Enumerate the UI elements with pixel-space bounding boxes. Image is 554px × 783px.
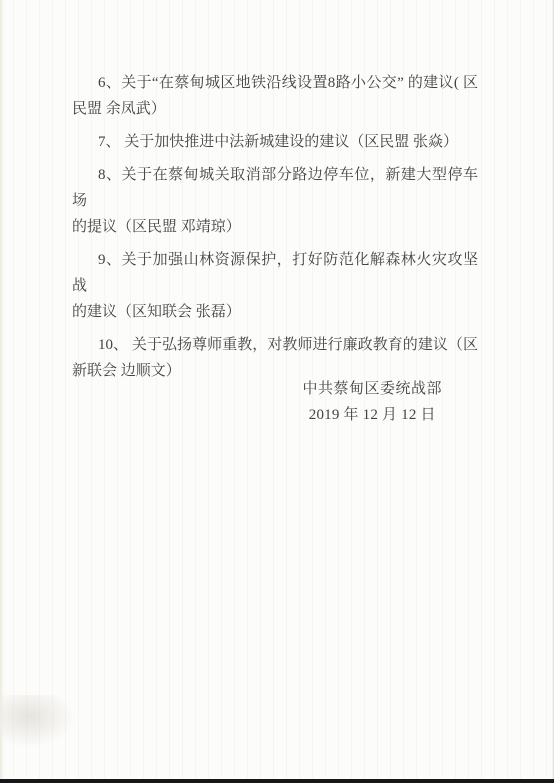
- text-line: 8、关于在蔡甸城关取消部分路边停车位，新建大型停车场: [72, 162, 478, 214]
- text-line: 6、关于“在蔡甸城区地铁沿线设置8路小公交” 的建议( 区: [72, 70, 478, 96]
- signature-date: 2019 年 12 月 12 日: [302, 402, 442, 428]
- text-line: 民盟 余凤武）: [72, 96, 478, 122]
- document-body: 6、关于“在蔡甸城区地铁沿线设置8路小公交” 的建议( 区 民盟 余凤武） 7、…: [72, 70, 478, 391]
- proposal-item-9: 9、关于加强山林资源保护，打好防范化解森林火灾攻坚战 的建议（区知联会 张磊）: [72, 247, 478, 325]
- scan-smudge: [2, 695, 74, 747]
- scan-bottom-edge: [0, 779, 554, 783]
- signature-organization: 中共蔡甸区委统战部: [302, 376, 442, 402]
- text-line: 7、 关于加快推进中法新城建设的建议（区民盟 张焱）: [72, 129, 478, 155]
- text-line: 的提议（区民盟 邓靖琼）: [72, 214, 478, 240]
- scanned-document-page: 6、关于“在蔡甸城区地铁沿线设置8路小公交” 的建议( 区 民盟 余凤武） 7、…: [0, 0, 554, 783]
- text-line: 9、关于加强山林资源保护，打好防范化解森林火灾攻坚战: [72, 247, 478, 299]
- proposal-item-6: 6、关于“在蔡甸城区地铁沿线设置8路小公交” 的建议( 区 民盟 余凤武）: [72, 70, 478, 122]
- text-line: 的建议（区知联会 张磊）: [72, 299, 478, 325]
- signature-block: 中共蔡甸区委统战部 2019 年 12 月 12 日: [302, 376, 442, 428]
- proposal-item-8: 8、关于在蔡甸城关取消部分路边停车位，新建大型停车场 的提议（区民盟 邓靖琼）: [72, 162, 478, 240]
- page-left-edge: [0, 0, 4, 783]
- proposal-item-7: 7、 关于加快推进中法新城建设的建议（区民盟 张焱）: [72, 129, 478, 155]
- text-line: 10、 关于弘扬尊师重教，对教师进行廉政教育的建议（区: [72, 332, 478, 358]
